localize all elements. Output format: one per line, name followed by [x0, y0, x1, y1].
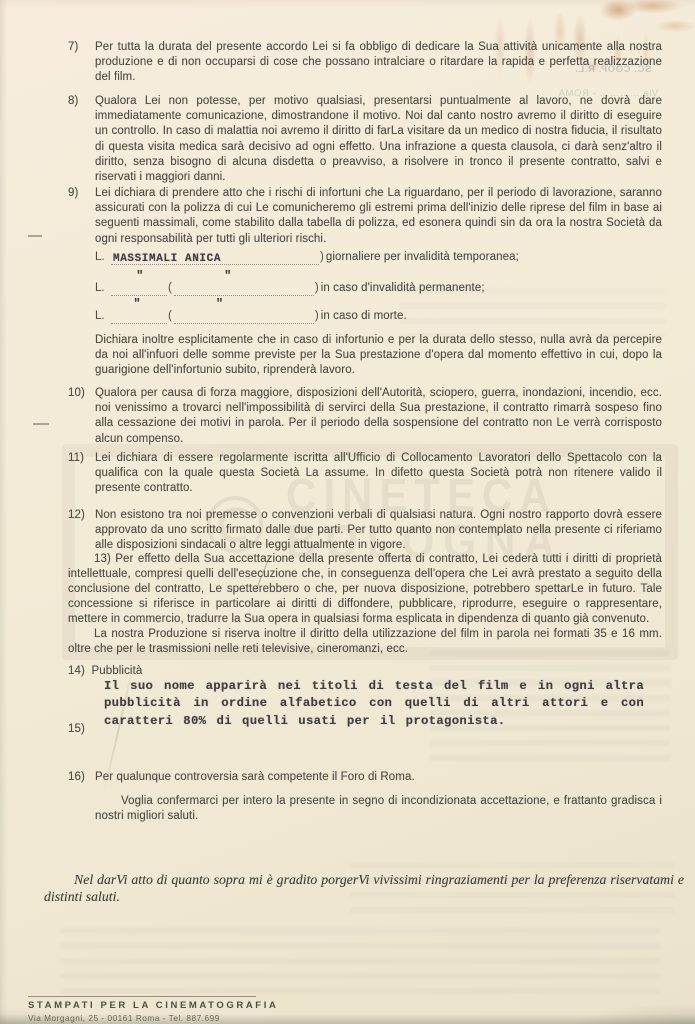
- margin-mark: [28, 235, 42, 237]
- clause-15: 15): [68, 722, 85, 737]
- clause-14-label: Pubblicità: [92, 665, 143, 677]
- ditto-mark: ": [136, 269, 143, 283]
- acceptance-note: Nel darVi atto di quanto sopra mi è grad…: [44, 872, 684, 905]
- clause-14: 14) Pubblicità: [68, 664, 142, 679]
- ditto-mark: ": [224, 269, 231, 283]
- ditto-mark: ": [133, 297, 140, 311]
- scanned-contract-page: © CINETECA BOLOGNA SC. COOP. R.L. Via ………: [0, 0, 695, 1024]
- clause-number: 7): [68, 40, 95, 86]
- insurance-row-3: L."(")in caso di morte.: [95, 309, 407, 329]
- fill-in-line: ": [174, 309, 314, 324]
- closing-paragraph: Voglia confermarci per intero la present…: [95, 794, 662, 824]
- clause-8: 8) Qualora Lei non potesse, per motivo q…: [68, 94, 662, 185]
- clause-text: Qualora per causa di forza maggiore, dis…: [95, 386, 662, 447]
- clause-text: Non esistono tra noi premesse o convenzi…: [95, 508, 662, 554]
- clause-16: 16) Per qualunque controversia sarà comp…: [68, 770, 662, 785]
- open-paren: (: [168, 310, 172, 322]
- insurance-note: Dichiara inoltre esplicitamente che in c…: [95, 333, 662, 379]
- clause-number: 14): [68, 665, 85, 677]
- clause-number: 8): [68, 94, 95, 185]
- bleedthrough-ghost: [60, 928, 660, 996]
- fill-in-line: ": [174, 281, 314, 296]
- clause-number: 11): [68, 451, 95, 497]
- row-label: in caso d'invalidità permanente;: [321, 282, 485, 294]
- fill-in-line: MASSIMALI ANICA: [111, 250, 319, 265]
- typed-amount: MASSIMALI ANICA: [113, 253, 221, 265]
- clause-number: 10): [68, 386, 95, 447]
- clause-text: Lei dichiara di prendere atto che i risc…: [95, 186, 662, 247]
- fill-in-line: ": [111, 309, 167, 324]
- footer-rule: [28, 996, 256, 997]
- margin-mark: [33, 423, 49, 425]
- currency-prefix: L.: [95, 251, 111, 263]
- clause-7: 7) Per tutta la durata del presente acco…: [68, 40, 662, 86]
- row-label: in caso di morte.: [321, 310, 407, 322]
- clause-text: Lei dichiara di essere regolarmente iscr…: [95, 451, 662, 497]
- insurance-row-1: L.MASSIMALI ANICA)giornaliere per invali…: [95, 250, 519, 270]
- clause-9: 9) Lei dichiara di prendere atto che i r…: [68, 186, 662, 247]
- clause-text: Per qualunque controversia sarà competen…: [95, 770, 662, 785]
- clause-number: 12): [68, 508, 95, 554]
- clause-11: 11) Lei dichiara di essere regolarmente …: [68, 451, 662, 497]
- clause-14-typed-text: Il suo nome apparirà nei titoli di testa…: [104, 678, 644, 730]
- footer-line2: Via Morgagni, 25 - 00161 Roma - Tel. 887…: [28, 1013, 278, 1023]
- clause-13: 13) Per effetto della Sua accettazione d…: [68, 552, 662, 657]
- clause-text: Per tutta la durata del presente accordo…: [95, 40, 662, 86]
- currency-prefix: L.: [95, 282, 111, 294]
- clause-13-para2: La nostra Produzione si riserva inoltre …: [68, 627, 662, 657]
- insurance-row-2: L."(")in caso d'invalidità permanente;: [95, 281, 485, 301]
- clause-13-para1: 13) Per effetto della Sua accettazione d…: [68, 552, 662, 627]
- currency-prefix: L.: [95, 310, 111, 322]
- fill-in-line: ": [111, 281, 167, 296]
- clause-12: 12) Non esistono tra noi premesse o conv…: [68, 508, 662, 554]
- close-paren: ): [315, 282, 319, 294]
- row-label: giornaliere per invalidità temporanea;: [326, 251, 519, 263]
- clause-number: 16): [68, 770, 95, 785]
- clause-number: 9): [68, 186, 95, 247]
- open-paren: (: [168, 282, 172, 294]
- clause-10: 10) Qualora per causa di forza maggiore,…: [68, 386, 662, 447]
- footer-line1: STAMPATI PER LA CINEMATOGRAFIA: [28, 1000, 278, 1011]
- close-paren: ): [315, 310, 319, 322]
- clause-text: Qualora Lei non potesse, per motivo qual…: [95, 94, 662, 185]
- close-paren: ): [320, 251, 324, 263]
- ditto-mark: ": [216, 297, 223, 311]
- printer-footer: STAMPATI PER LA CINEMATOGRAFIA Via Morga…: [28, 996, 278, 1023]
